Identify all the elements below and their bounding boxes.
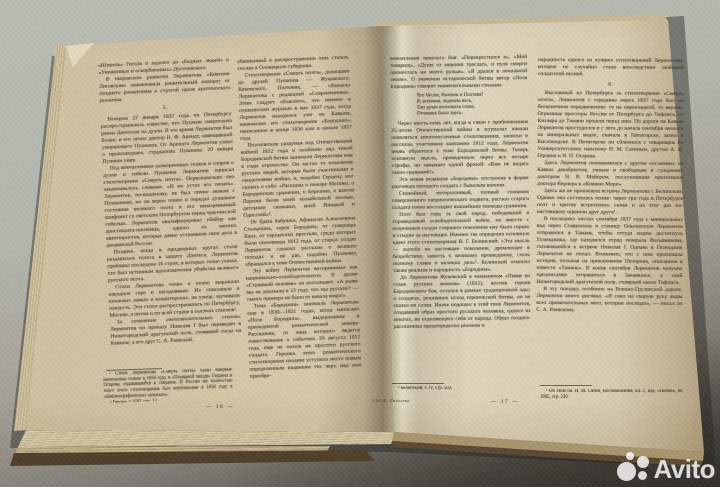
paragraph: Позднее, когда в придворных кругах стали… xyxy=(106,244,238,285)
paragraph: Эту войну Лермонтов воспринимал как наци… xyxy=(245,264,358,303)
paragraph: Поэт был горд за свой народ, победивший … xyxy=(392,210,530,275)
paragraph: За сочинение «непозволительных стихов» Л… xyxy=(110,314,242,348)
paragraph: Вечером 27 января 1837 года по Петербург… xyxy=(100,111,233,166)
paragraph: Здесь же не произошла встреча Лермонтова… xyxy=(537,188,683,217)
paragraph: В последних числах сентября 1837 года с … xyxy=(536,216,682,287)
paragraph: Через шесть-семь лет, когда в связи с пр… xyxy=(391,119,529,177)
left-page-column-1: «Шинель» Гоголя и задолго до «Бедных люд… xyxy=(98,57,243,366)
footnote: ¹ Об этом см. Н. М. Сатин, Воспоминания,… xyxy=(540,389,683,400)
footnote-rule xyxy=(392,383,444,384)
paragraph: народность одного из лучших стихотворени… xyxy=(538,57,684,79)
paragraph: Спокойный, неторопливый, полный сознания… xyxy=(392,189,529,212)
right-page-footnote-col2: ¹ Об этом см. Н. М. Сатин, Воспоминания,… xyxy=(540,389,683,403)
paragraph: От брата бабушки, Афанасия Алексеевича С… xyxy=(243,215,357,268)
avito-logo-icon xyxy=(617,451,650,484)
paragraph: впечатления тяжелого боя: «Перекрестился… xyxy=(390,54,527,91)
paragraph: Высланный из Петербурга за стихотворение… xyxy=(537,90,683,161)
photo-scene: «Шинель» Гоголя и задолго до «Бедных люд… xyxy=(0,0,720,487)
paragraph: В эту поездку, особенно на Военно-Грузин… xyxy=(536,286,682,315)
section-number: 6. xyxy=(538,81,684,89)
paragraph: Тема «Бородина» занимала Лермонтова еще … xyxy=(247,299,362,380)
logo-circle-large-bottom-left xyxy=(617,462,636,481)
print-signature: 3 М. Ф. Николева xyxy=(372,398,410,403)
logo-circle-small-bottom-right xyxy=(638,471,647,480)
footnote: ² Белинский, т. IV, стр. 503. xyxy=(392,386,528,392)
left-page-footnotes: ¹ Стихи Лермонтова «Смерть поэта» были в… xyxy=(103,367,233,402)
avito-logo-text: Avito xyxy=(653,454,715,484)
paragraph: Под впечатлением разноречивых толков и с… xyxy=(103,160,238,250)
paragraph: Поэтические раздумья над Отечественной в… xyxy=(240,138,355,219)
logo-circle-small-top-left xyxy=(626,452,634,460)
footnote-rule xyxy=(540,385,592,386)
paragraph: До Лермонтова Жуковский в знаменитом «Пе… xyxy=(393,273,531,331)
right-page-footnote-col1: ² Белинский, т. IV, стр. 503. xyxy=(392,386,528,394)
right-page-column-1: впечатления тяжелого боя: «Перекрестился… xyxy=(390,54,532,381)
paragraph: Стихотворение «Смерть поэта», дошедшее д… xyxy=(238,68,353,142)
logo-circle-medium-top-right xyxy=(637,456,649,468)
paragraph: Стихи Лермонтова точно и полно выражали … xyxy=(108,279,240,320)
verse-quotation: Что Чесма, Рымник и Полтава? Я, вспомня,… xyxy=(417,92,528,118)
paragraph: В творческом развитии Лермонтова «Княгин… xyxy=(99,71,231,105)
verse-line: Отчаянье было здесь. xyxy=(417,110,528,118)
paragraph: Здесь Лермонтов познакомился с другом со… xyxy=(537,160,683,189)
footnote: ¹ Стихи Лермонтова «Смерть поэта» были в… xyxy=(103,367,233,400)
right-page-column-2: народность одного из лучших стихотворени… xyxy=(536,57,684,385)
left-page-column-2: обвиненный в распространении этих стихов… xyxy=(237,55,364,428)
avito-watermark: Avito xyxy=(617,451,715,484)
